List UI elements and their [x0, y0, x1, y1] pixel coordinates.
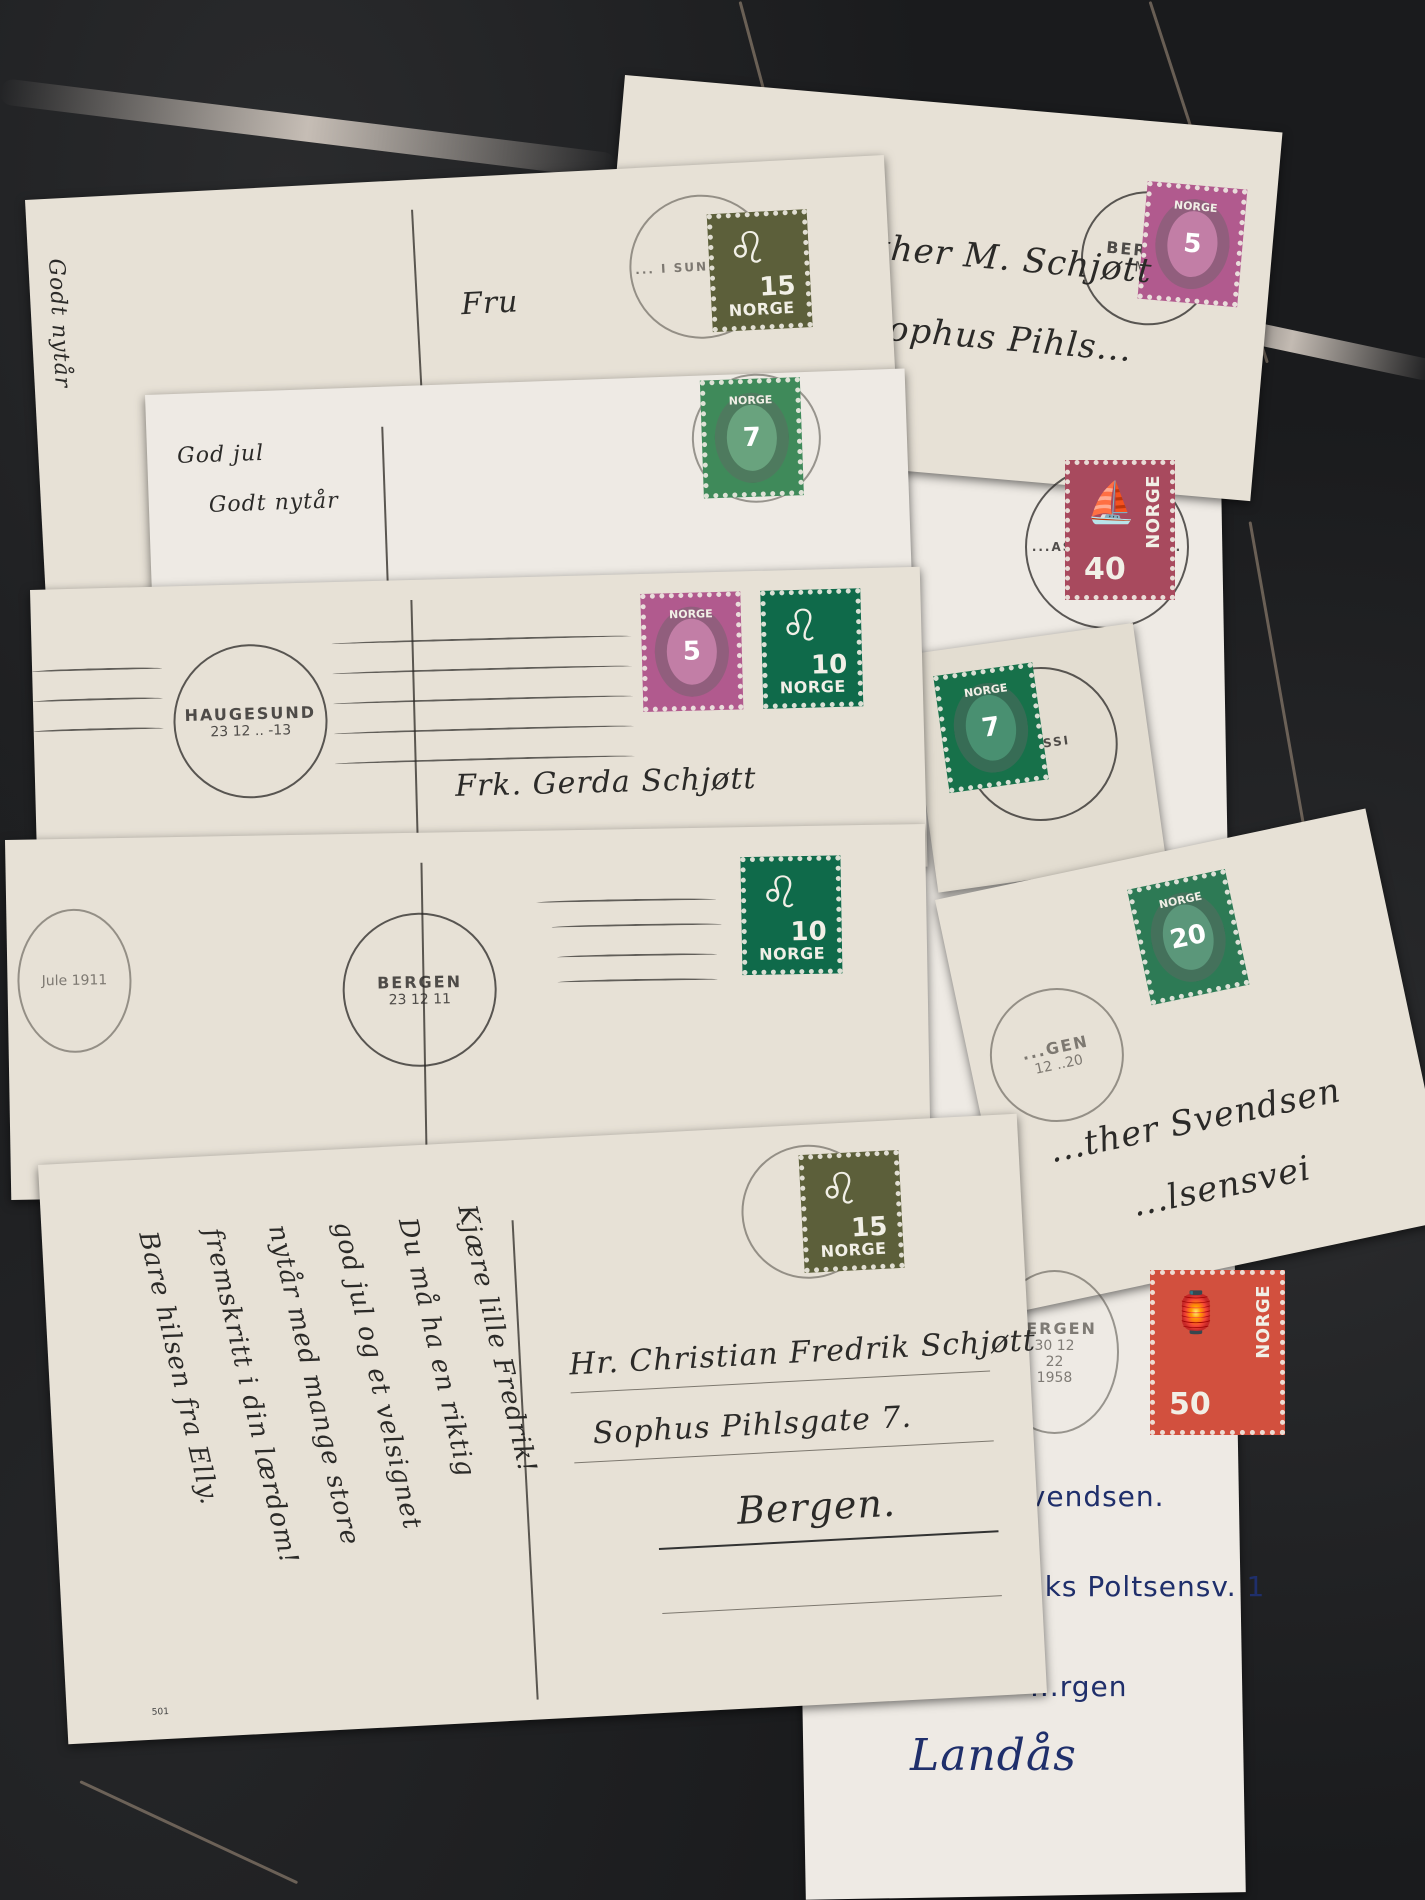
handwritten-street: ...lsensvei: [1129, 1148, 1315, 1225]
stamp-ship-40-rose: ⛵ 40 NORGE: [1065, 460, 1175, 600]
marble-vein: [0, 78, 617, 179]
postcard-ossi: ...OSSI NORGE 7: [905, 623, 1166, 893]
postmark-bergen-1911: BERGEN 23 12 11: [341, 911, 498, 1068]
stamp-lantern-50-red: 🏮 50 NORGE: [1150, 1270, 1285, 1435]
handwritten-greeting: Fru: [460, 284, 519, 322]
postmark-haugesund: HAUGESUND 23 12 .. -13: [172, 642, 330, 800]
marble-vein: [79, 1780, 298, 1884]
postmark-left-1911: Jule 1911: [16, 908, 132, 1054]
stamp-posthorn-5-pink: NORGE 5: [640, 591, 743, 712]
stamp-lion-15-olive: ♌ 15 NORGE: [707, 209, 813, 332]
stamp-posthorn-7-light-green: NORGE 7: [700, 377, 804, 498]
handwritten-address: Sophus Pihls...: [862, 307, 1133, 370]
postcard-front: ♌ 15 NORGE Hr. Christian Fredrik Schjøtt…: [38, 1114, 1047, 1744]
address-line-city: Bergen.: [736, 1481, 897, 1533]
stamp-posthorn-20-green: NORGE 20: [1127, 869, 1249, 1005]
stamp-lion-10-green: ♌ 10 NORGE: [740, 855, 842, 975]
handwritten-message: God jul: [177, 441, 265, 469]
address-line-name: Hr. Christian Fredrik Schjøtt: [568, 1323, 1036, 1382]
handwritten-message: Godt nytår: [43, 258, 75, 389]
stamp-lion-10-green: ♌ 10 NORGE: [760, 588, 863, 709]
postmark-bergen-right: ...GEN 12 ..20: [977, 976, 1136, 1135]
address-line-street: Sophus Pihlsgate 7.: [592, 1400, 913, 1452]
stamp-lion-15-olive: ♌ 15 NORGE: [799, 1150, 905, 1273]
card-number: 501: [152, 1707, 170, 1718]
stamp-posthorn-7-green: NORGE 7: [933, 662, 1048, 793]
handwritten-address-blue: ...ks Poltsensv. 1: [1015, 1570, 1265, 1603]
handwritten-message: Godt nytår: [208, 488, 339, 518]
stamp-posthorn-5-pink: NORGE 5: [1137, 181, 1247, 307]
handwritten-address-blue: Landås: [910, 1730, 1077, 1781]
handwritten-recipient: Frk. Gerda Schjøtt: [455, 761, 757, 804]
marble-vein: [739, 1, 765, 89]
